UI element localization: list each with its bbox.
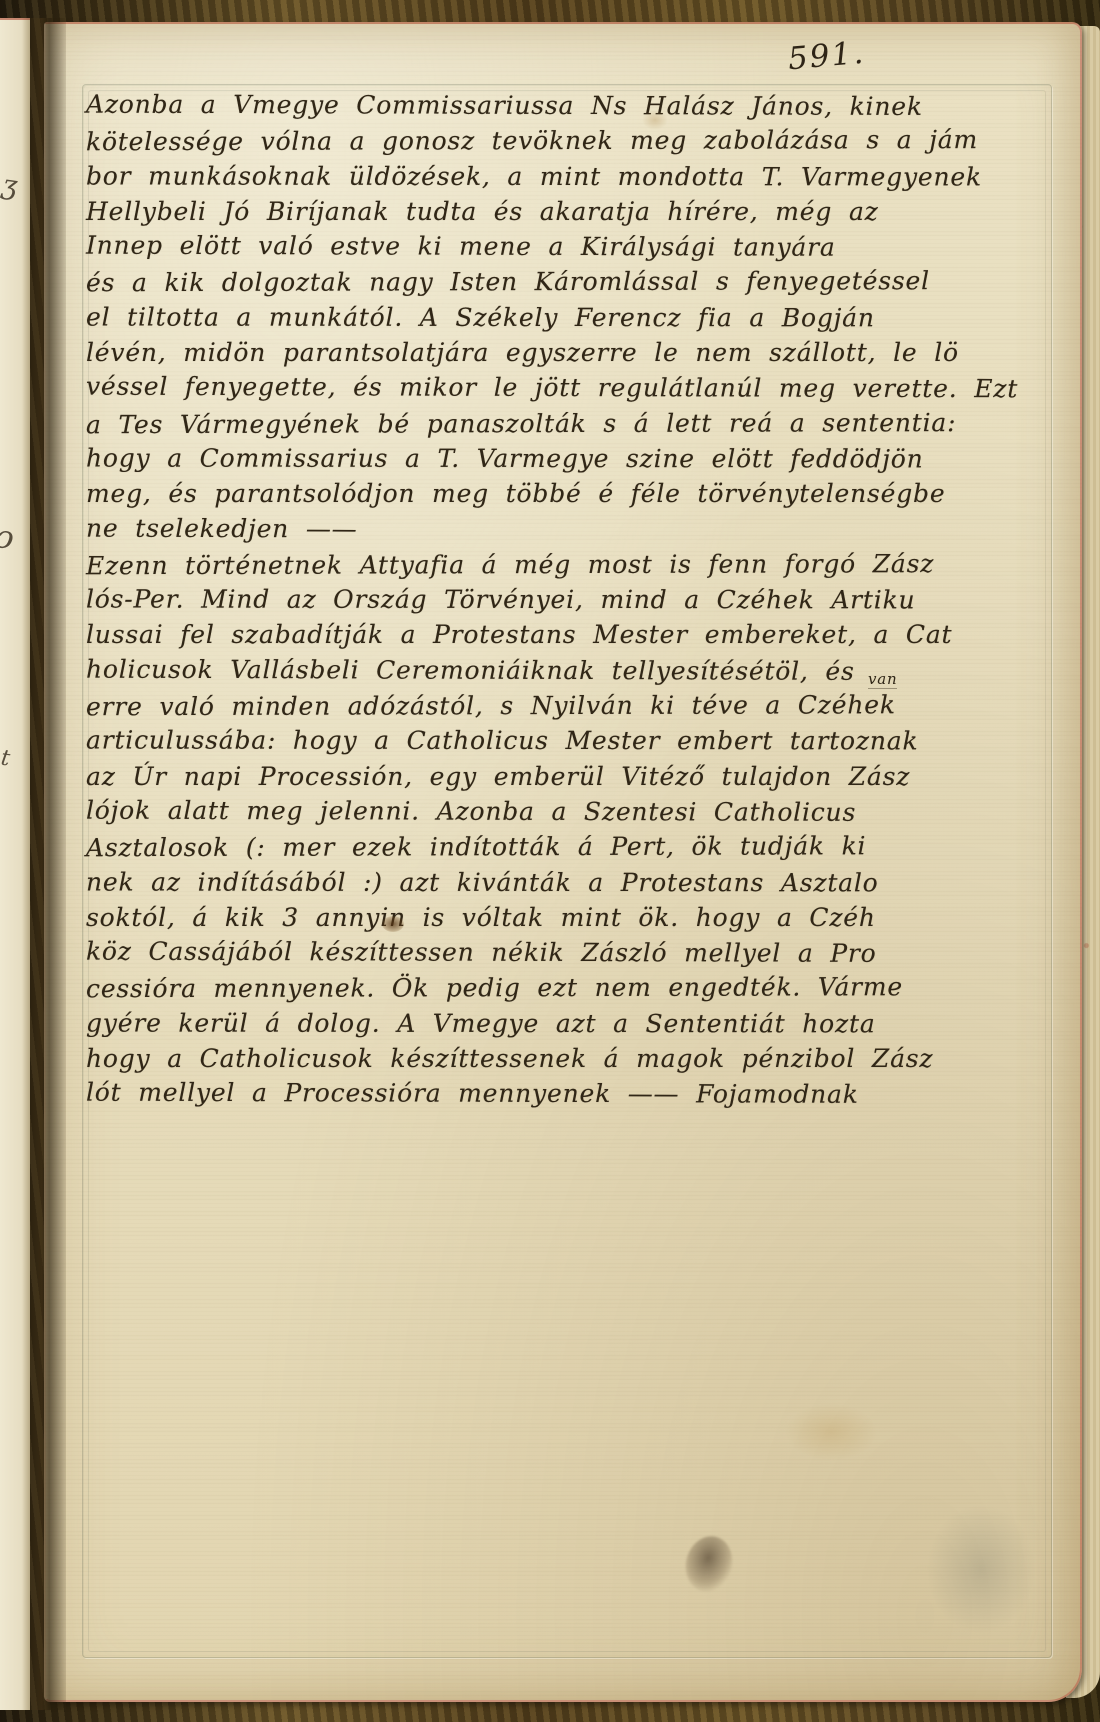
- manuscript-line: Azonba a Vmegye Commissariussa Ns Halász…: [86, 87, 1064, 125]
- margin-ink-fragment: t: [0, 746, 12, 772]
- margin-ink-fragment: ʒ: [0, 169, 19, 202]
- manuscript-line: nek az indításából :) azt kivánták a Pro…: [86, 864, 1064, 900]
- manuscript-line: meg, és parantsolódjon meg többé é féle …: [86, 476, 1064, 511]
- manuscript-line: el tiltotta a munkától. A Székely Ferenc…: [86, 299, 1064, 335]
- manuscript-line: hogy a Commissarius a T. Varmegye szine …: [86, 440, 1064, 476]
- manuscript-line: Innep elött való estve ki mene a Királys…: [86, 228, 1064, 266]
- manuscript-line: hogy a Catholicusok készíttessenek á mag…: [86, 1041, 1064, 1076]
- manuscript-line: a Tes Vármegyének bé panaszolták s á let…: [86, 404, 1064, 442]
- manuscript-line: és a kik dolgoztak nagy Isten Káromlássa…: [86, 263, 1064, 301]
- manuscript-line: kötelessége vólna a gonosz tevöknek meg …: [86, 122, 1064, 160]
- manuscript-line: gyére kerül á dolog. A Vmegye azt a Sent…: [86, 1005, 1064, 1041]
- manuscript-line: Hellybeli Jó Biríjanak tudta és akaratja…: [86, 194, 1064, 229]
- interlinear-insertion: van: [868, 670, 897, 689]
- manuscript-line: soktól, á kik 3 annyin is vóltak mint ök…: [86, 900, 1064, 935]
- manuscript-line: véssel fenyegette, és mikor le jött regu…: [86, 369, 1064, 407]
- manuscript-line: lussai fel szabadítják a Protestans Mest…: [86, 617, 1064, 652]
- margin-ink-fragment: ɔ: [0, 517, 16, 557]
- manuscript-line: lót mellyel a Processióra mennyenek —— F…: [86, 1075, 1064, 1113]
- manuscript-line: ne tselekedjen ——: [86, 510, 1064, 548]
- manuscript-line: Asztalosok (: mer ezek indították á Pert…: [86, 828, 1064, 866]
- manuscript-line: lós-Per. Mind az Ország Törvényei, mind …: [86, 582, 1064, 618]
- manuscript-line: cessióra mennyenek. Ök pedig ezt nem eng…: [86, 969, 1064, 1007]
- manuscript-line: articulussába: hogy a Catholicus Mester …: [86, 723, 1064, 759]
- manuscript-line: lójok alatt meg jelenni. Azonba a Szente…: [86, 793, 1064, 831]
- handwritten-text: Azonba a Vmegye Commissariussa Ns Halász…: [86, 88, 1064, 1112]
- manuscript-line: erre való minden adózástól, s Nyilván ki…: [86, 687, 1064, 725]
- page-number: 591.: [787, 35, 867, 78]
- previous-page-edge: ʒ ɔ t: [0, 18, 30, 1710]
- manuscript-line: Ezenn történetnek Attyafia á még most is…: [86, 546, 1064, 584]
- manuscript-line: lévén, midön parantsolatjára egyszerre l…: [86, 335, 1064, 370]
- manuscript-line: holicusok Vallásbeli Ceremoniáiknak tell…: [86, 651, 1064, 689]
- manuscript-line: köz Cassájából készíttessen nékik Zászló…: [86, 934, 1064, 972]
- manuscript-scan: ʒ ɔ t 591. Azonba a Vmegye Commissariuss…: [0, 0, 1100, 1722]
- manuscript-line: az Úr napi Processión, egy emberül Vitéz…: [86, 759, 1064, 794]
- manuscript-page: 591. Azonba a Vmegye Commissariussa Ns H…: [44, 22, 1082, 1702]
- manuscript-line: bor munkásoknak üldözések, a mint mondot…: [86, 158, 1064, 194]
